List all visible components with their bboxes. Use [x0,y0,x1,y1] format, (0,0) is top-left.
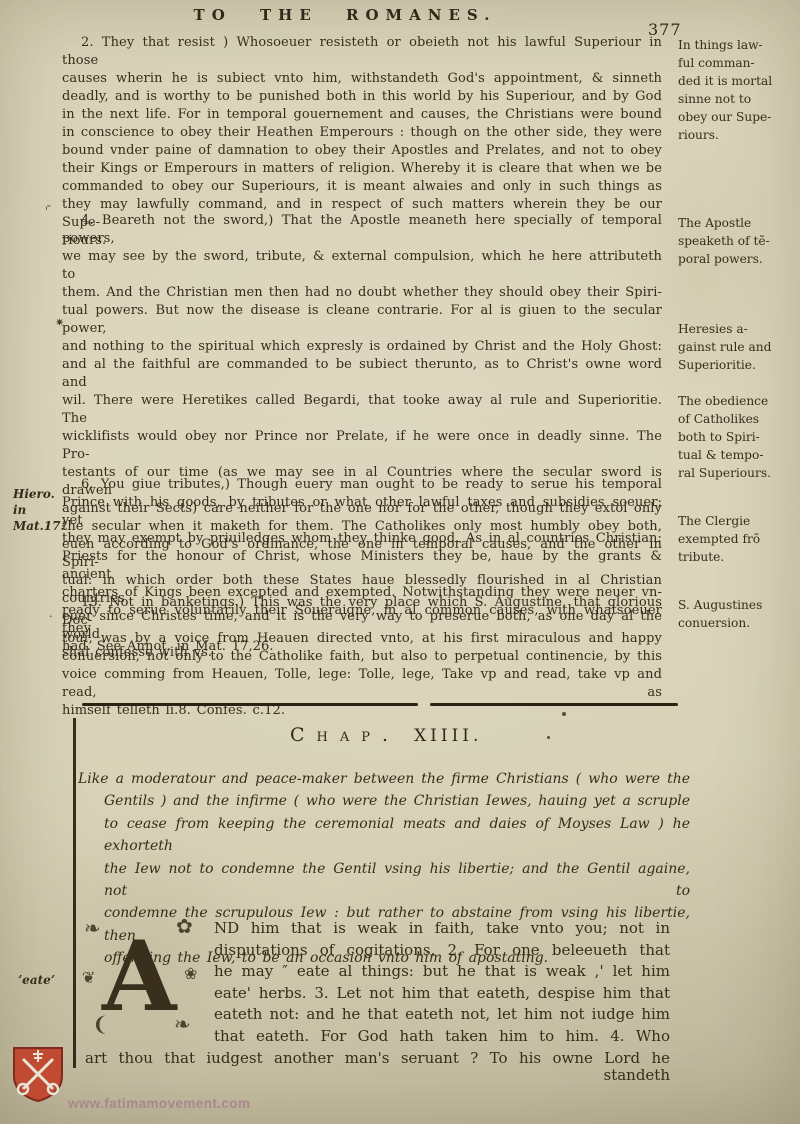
text-line: bound vnder paine of damnation to obey t… [62,142,662,160]
foliage-ornament-icon: ❧ [84,916,101,940]
margin-note-apostle: The Apostlespeaketh of tẽ-poral powers. [678,214,796,268]
text-line: conuersion. [678,614,796,632]
text-line: Priests for the honour of Christ, whose … [62,548,662,584]
printer-mark: ✷ [55,316,64,329]
foliage-ornament-icon: ❀ [184,964,197,983]
text-line: tribute. [678,548,796,566]
text-line: sinne not to [678,90,796,108]
text-line: speaketh of tẽ- [678,232,796,250]
margin-note-eate: ʼeateʼ [18,972,66,988]
chapter-word: Chap. [290,724,400,746]
text-line: ND him that is weak in faith, take vnto … [214,918,670,940]
foliage-ornament-icon: ❦ [82,968,95,987]
text-line: S. Augustines [678,596,796,614]
section-divider-right [430,703,678,706]
text-line: that eateth. For God hath taken him to h… [214,1026,670,1048]
text-line: and nothing to the spiritual which expre… [62,338,662,356]
text-line: wil. There were Heretikes called Begardi… [62,392,662,428]
foliage-ornament-icon: ❧ [174,1012,191,1036]
chapter-body-indented: ND him that is weak in faith, take vnto … [214,918,670,1048]
margin-note-augustine: S. Augustinesconuersion. [678,596,796,632]
text-line: disputations of cogitations. 2. For one … [214,940,670,962]
text-line: 6. You giue tributes,) Though euery man … [62,476,662,494]
text-line: 13. Not in banketings.) This was the ver… [62,594,662,630]
text-line: both to Spiri- [678,428,796,446]
drop-cap-letter: A [102,922,176,1032]
crossed-keys-shield-logo [12,1046,64,1102]
text-line: ral Superiours. [678,464,796,482]
text-line: voice comming from Heauen, Tolle, lege: … [62,666,662,702]
text-line: wicklifists would obey nor Prince nor Pr… [62,428,662,464]
text-line: of Catholikes [678,410,796,428]
text-line: poral powers. [678,250,796,268]
text-line: ʼeateʼ [18,972,66,988]
chapter-number: XIIII. [414,726,482,746]
text-line: he may ″ eate al things: but he that is … [214,961,670,983]
text-line: The Clergie [678,512,796,530]
text-line: ded it is mortal [678,72,796,90]
text-line: The obedience [678,392,796,410]
text-line: Superioritie. [678,356,796,374]
watermark-url-text: www.fatimamovement.com [68,1096,250,1111]
text-line: we may see by the sword, tribute, & exte… [62,248,662,284]
text-line: eateth not: and he that eateth not, let … [214,1004,670,1026]
running-head: TO THE ROMANES. [175,6,515,24]
text-line: Hiero. in [13,486,71,518]
text-line: In things law- [678,36,796,54]
catchword: standeth [480,1066,670,1084]
text-line: the Iew not to condemne the Gentil vsing… [78,858,690,903]
margin-note-hieronymus: Hiero. inMat.17. [13,486,71,534]
text-line: Gentils ) and the infirme ( who were the… [78,790,690,812]
text-line: they may exempt by priuiledges whom they… [62,530,662,548]
text-line: ful comman- [678,54,796,72]
text-line: 4. Beareth not the sword,) That the Apos… [62,212,662,248]
text-line: and al the faithful are commanded to be … [62,356,662,392]
margin-note-obedience: In things law-ful comman-ded it is morta… [678,36,796,144]
margin-note-clergie: The Clergieexempted frõtribute. [678,512,796,566]
text-line: tour, was by a voice from Heauen directe… [62,630,662,648]
printer-mark: · [49,610,53,623]
text-line: to cease from keeping the ceremonial mea… [78,813,690,858]
text-line: causes wherin he is subiect vnto him, wi… [62,70,662,88]
text-line: tual powers. But now the disease is clea… [62,302,662,338]
text-line: riours. [678,126,796,144]
chapter-heading: Chap.XIIII. [290,724,610,746]
text-line: commanded to obey our Superiours, it is … [62,178,662,196]
printer-mark: ⌌ [42,199,51,212]
text-line: them. And the Christian men then had no … [62,284,662,302]
margin-note-catholikes: The obedienceof Catholikesboth to Spiri-… [678,392,796,482]
section-divider-left [82,703,418,706]
drop-cap: ❧ ✿ ❦ ❀ ❨︎ ❧ A [88,920,208,1042]
text-line: in the next life. For in temporal gouern… [62,106,662,124]
text-line: eate' herbs. 3. Let not him that eateth,… [214,983,670,1005]
text-line: obey our Supe- [678,108,796,126]
text-line: Heresies a- [678,320,796,338]
text-line: tual & tempo- [678,446,796,464]
text-line: exempted frõ [678,530,796,548]
text-line: The Apostle [678,214,796,232]
text-line: gainst rule and [678,338,796,356]
annotation-paragraph-4: 13. Not in banketings.) This was the ver… [62,594,662,720]
binding-rule [73,718,76,1068]
foliage-ornament-icon: ✿ [176,914,193,938]
text-line: conuersion, not only to the Catholike fa… [62,648,662,666]
scanned-book-page: TO THE ROMANES. 377 2. They that resist … [0,0,800,1124]
ink-speck [562,712,566,716]
text-line: their Kings or Emperours in matters of r… [62,160,662,178]
text-line: Prince with his goods, by tributes or wh… [62,494,662,530]
text-line: Mat.17. [13,518,71,534]
text-line: in conscience to obey their Heathen Empe… [62,124,662,142]
text-line: 2. They that resist ) Whosoeuer resistet… [62,34,662,70]
text-line: Like a moderatour and peace-maker betwee… [78,768,690,790]
text-line: deadly, and is worthy to be punished bot… [62,88,662,106]
margin-note-heresies: Heresies a-gainst rule andSuperioritie. [678,320,796,374]
